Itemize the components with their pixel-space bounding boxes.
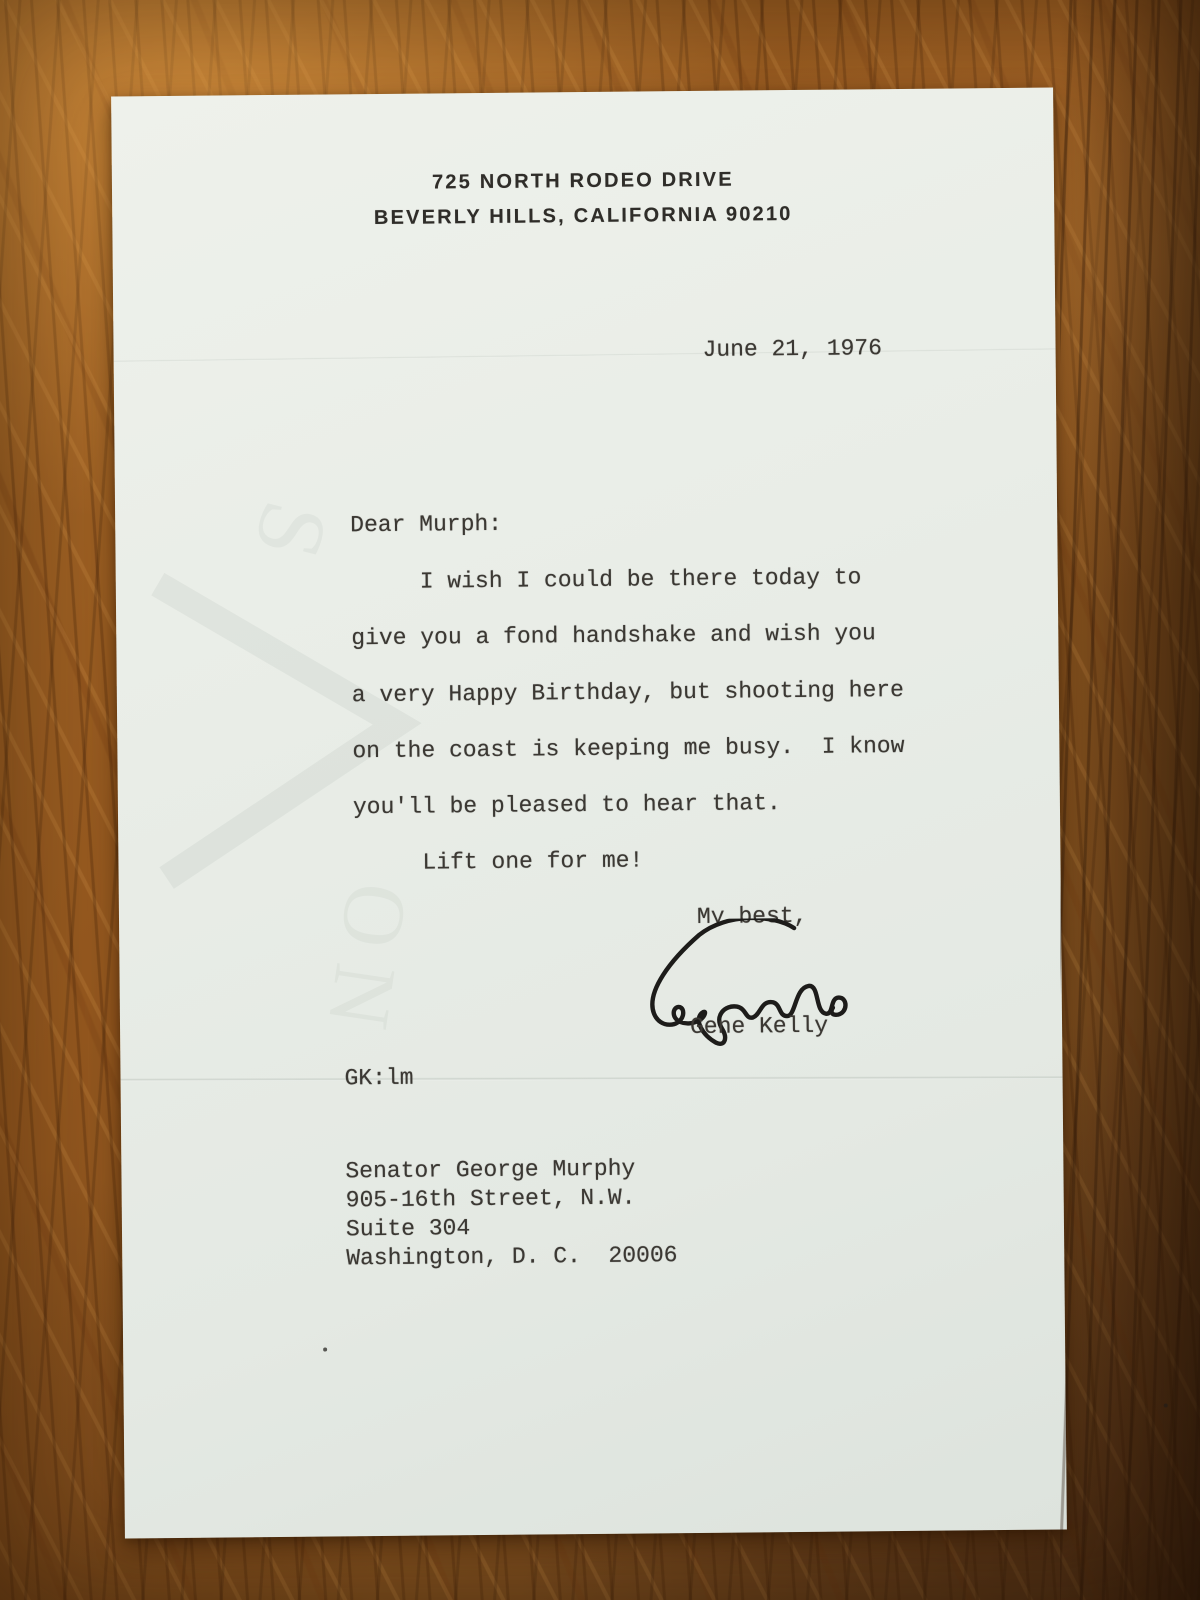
body-line: you'll be pleased to hear that.	[353, 790, 781, 820]
recipient-address: Senator George Murphy 905-16th Street, N…	[111, 88, 1053, 97]
letterhead-city: BEVERLY HILLS, CALIFORNIA 90210	[112, 201, 1054, 233]
wood-table-background: S ON 725 NORTH RODEO DRIVE BEVERLY HILLS…	[0, 0, 1200, 1600]
body-line: Lift one for me!	[422, 847, 643, 875]
show-through-mark: S	[232, 491, 353, 570]
body-line: on the coast is keeping me busy. I know	[352, 733, 904, 764]
paper-speck	[1164, 1403, 1168, 1407]
body-line: I wish I could be there today to	[420, 564, 862, 594]
typed-name: Gene Kelly	[690, 1013, 828, 1040]
paper-speck	[323, 1348, 327, 1352]
show-through-mark	[128, 564, 431, 897]
salutation: Dear Murph:	[350, 511, 502, 538]
address-line: Washington, D. C. 20006	[346, 1242, 677, 1271]
show-through-mark: ON	[304, 877, 428, 1053]
body-line: give you a fond handshake and wish you	[351, 620, 876, 651]
fold-crease-upper	[114, 348, 1056, 362]
address-line: 905-16th Street, N.W.	[346, 1185, 636, 1214]
reference-initials: GK:lm	[344, 1065, 413, 1092]
letter-body: I wish I could be there today to give yo…	[111, 88, 1053, 97]
date-line: June 21, 1976	[702, 335, 882, 363]
address-line: Suite 304	[346, 1215, 470, 1242]
body-line: a very Happy Birthday, but shooting here	[352, 677, 904, 708]
address-line: Senator George Murphy	[345, 1156, 635, 1185]
letter-paper: S ON 725 NORTH RODEO DRIVE BEVERLY HILLS…	[111, 88, 1067, 1539]
letterhead-street: 725 NORTH RODEO DRIVE	[112, 166, 1054, 198]
fold-crease-lower	[121, 1076, 1063, 1081]
letterhead: 725 NORTH RODEO DRIVE BEVERLY HILLS, CAL…	[111, 88, 1053, 97]
